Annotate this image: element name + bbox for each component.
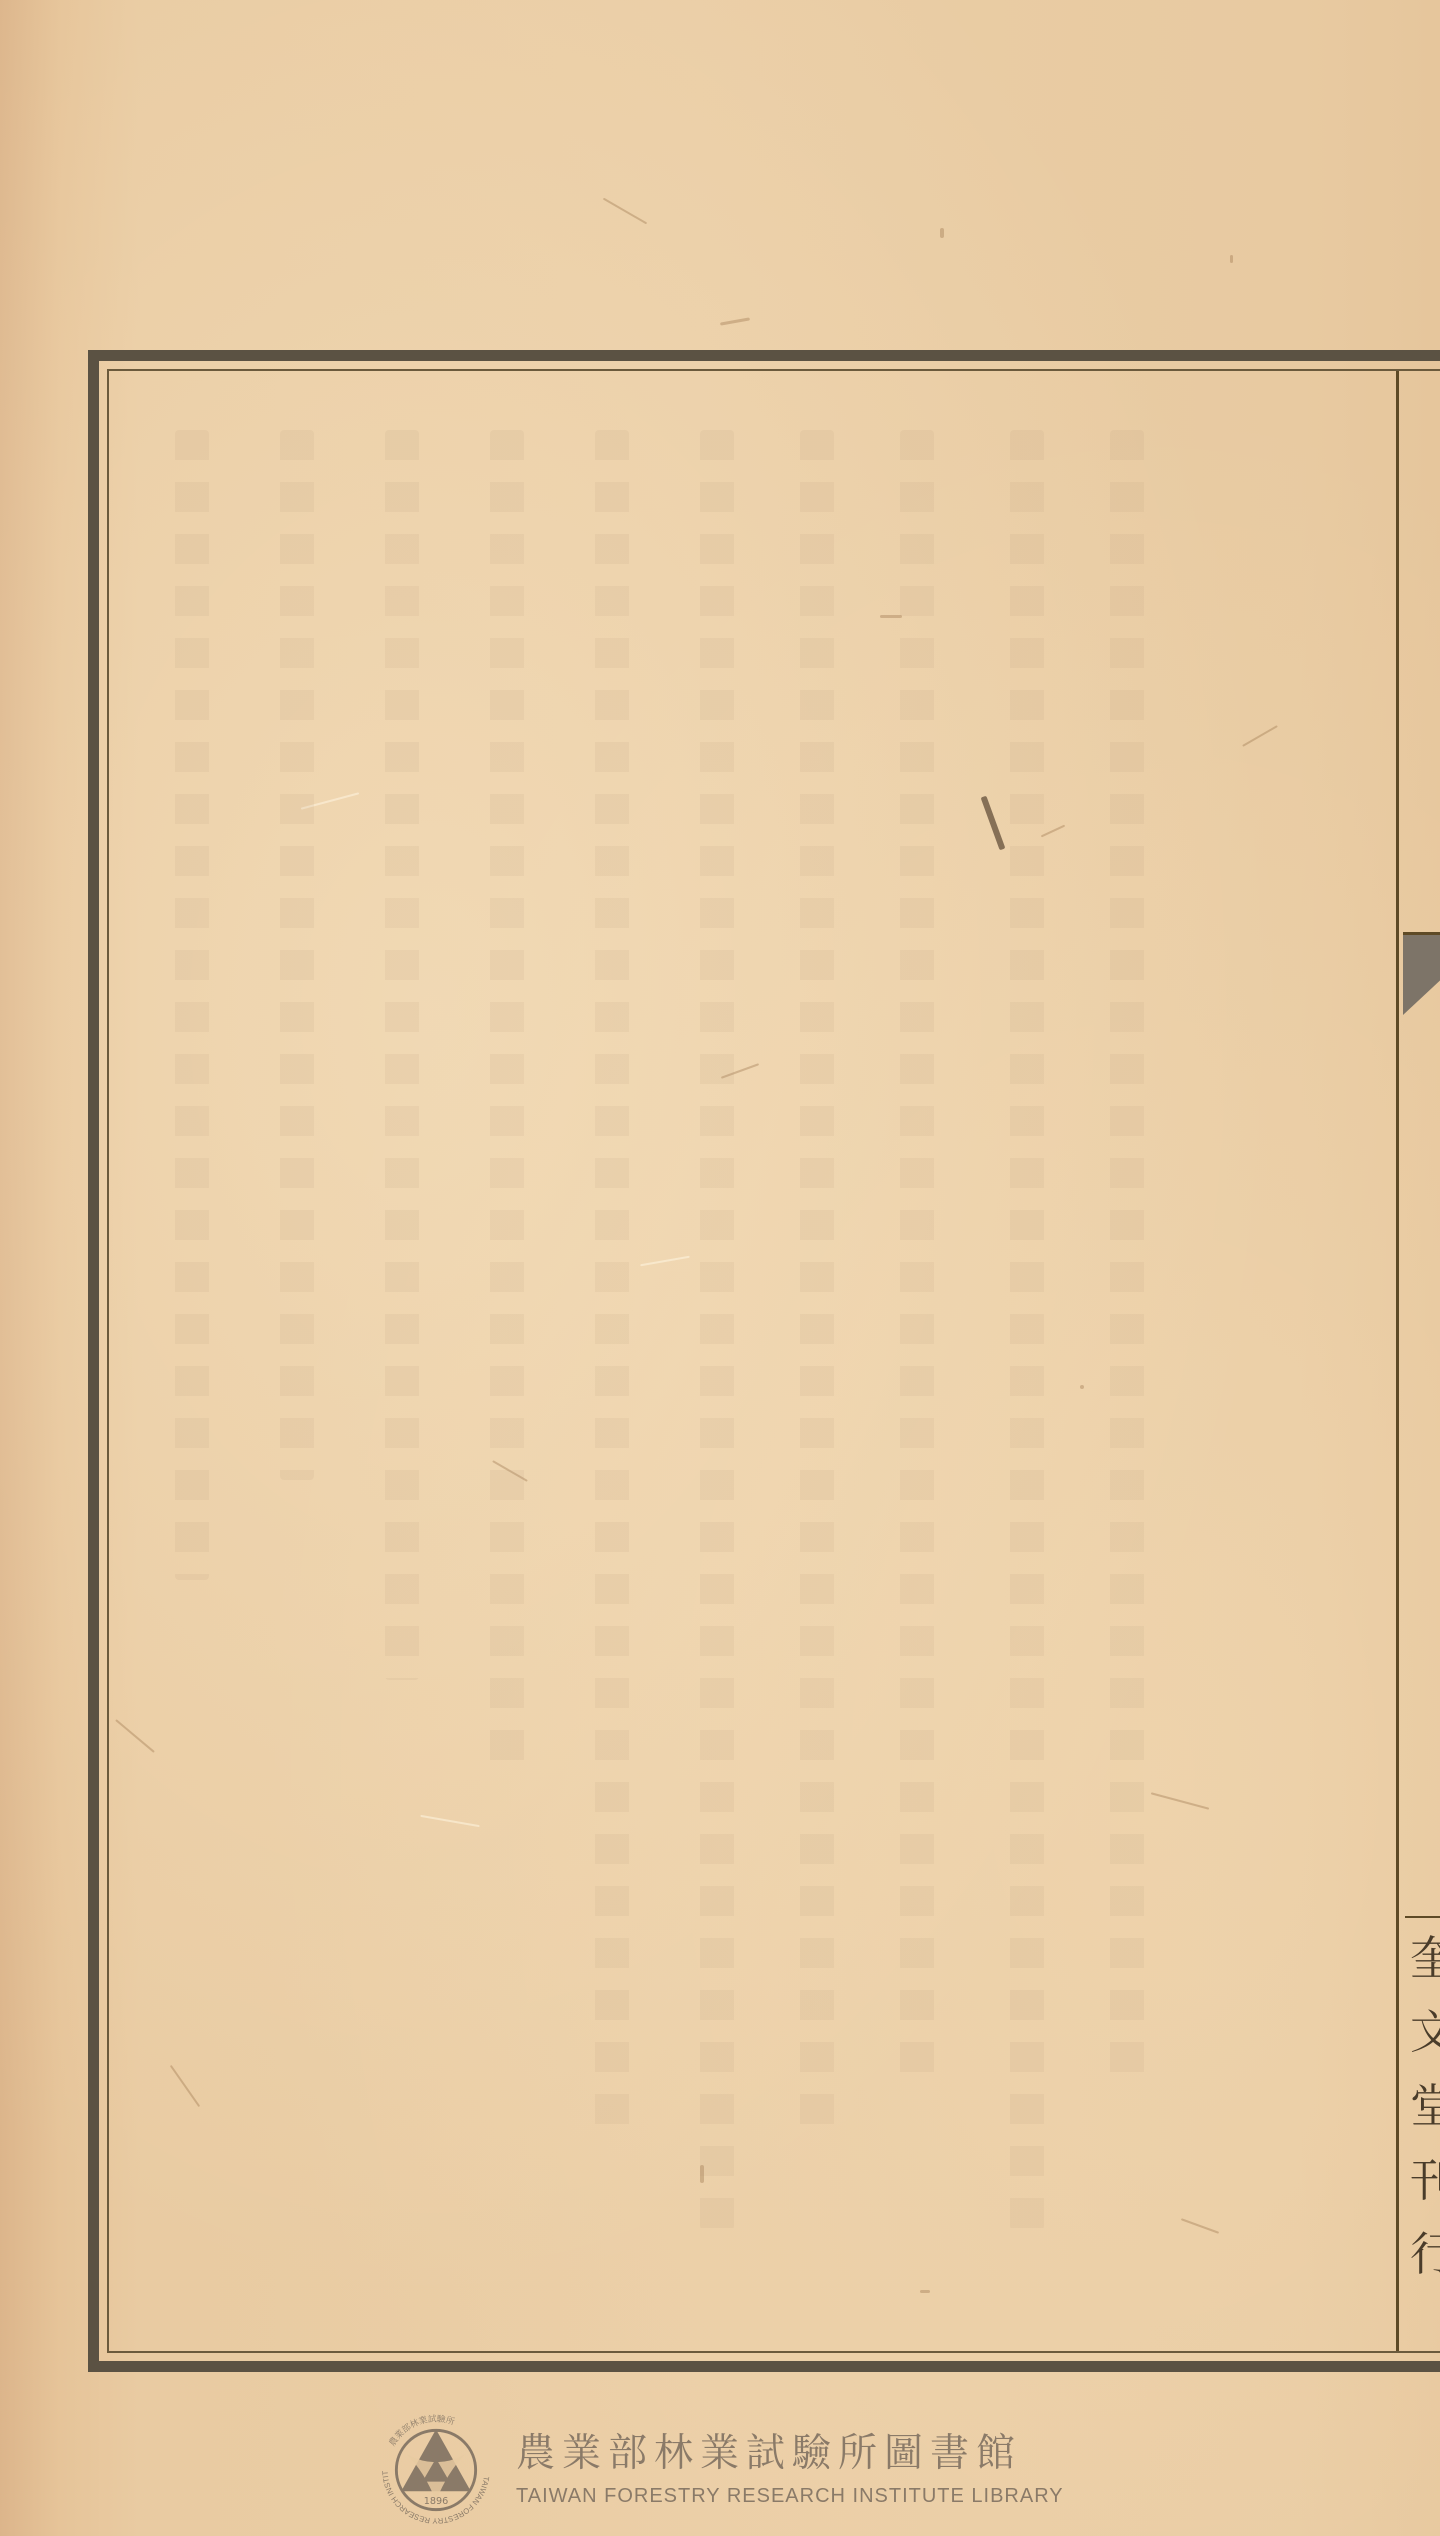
- imprint-char: 刊: [1410, 2157, 1440, 2203]
- side-column-divider: [1405, 1916, 1440, 1918]
- watermark-title-zh: 農業部林業試驗所圖書館: [516, 2432, 1064, 2476]
- institute-logo-icon: 1896 TAIWAN FORESTRY RESEARCH INSTITUTE …: [378, 2412, 494, 2528]
- svg-text:1896: 1896: [424, 2496, 449, 2507]
- side-column-rule: [1396, 371, 1399, 2351]
- imprint-char: 行: [1410, 2231, 1440, 2277]
- page-inner-border: [107, 369, 1440, 2353]
- library-watermark: 1896 TAIWAN FORESTRY RESEARCH INSTITUTE …: [378, 2412, 1064, 2528]
- imprint-char: 堂: [1410, 2083, 1440, 2129]
- publisher-imprint: 奎 文 堂 刊 行: [1410, 1935, 1440, 2277]
- watermark-title-en: TAIWAN FORESTRY RESEARCH INSTITUTE LIBRA…: [516, 2484, 1064, 2508]
- imprint-char: 文: [1410, 2009, 1440, 2055]
- imprint-char: 奎: [1410, 1935, 1440, 1981]
